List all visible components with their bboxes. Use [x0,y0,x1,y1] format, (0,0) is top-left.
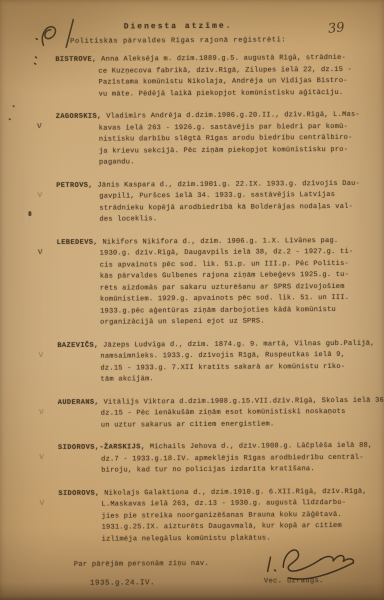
register-entry: vZAGORSKIS, Vladimirs Andrēja d.dzim.190… [56,110,383,170]
person-name: PETROVS, [56,181,93,189]
person-name: SIDOROVS, [58,489,99,497]
entry-text-line: Jāzeps Ludviga d., dzim. 1874.g. 9. mart… [103,339,375,349]
entry-text-line: pagandu. [99,156,382,169]
entry-text-line: organizācijā un slepeni ejot uz SPRS. [100,316,383,329]
entry-text-line: un uztur sakarus ar citiem energistiem. [101,418,384,431]
margin-checkmark: v [38,349,44,360]
register-entry: vAUDERANS, Vitālijs Viktora d.dzim.1908.… [58,395,384,432]
footer-note: Par pārējām personām ziņu nav. [74,560,209,569]
entry-text-line: dz.7 - 1933.g.18.IV. apmeklējis Rīgas ar… [101,452,384,465]
document-subtitle: Politiskās pārvaldes Rīgas rajonā reģist… [38,36,318,46]
register-entry: vBAZEVIČS, Jāzeps Ludviga d., dzim. 1874… [57,338,384,386]
entry-text-line: Vitālijs Viktora d.dzim.1908.g.15.VII.dz… [104,396,384,406]
entry-text-line: komūnistiem. 1929.g. apvainots pēc sod. … [100,293,383,306]
entry-text-line: Anna Aleksēja m. dzim.1889.g.5. augustā … [101,54,346,64]
document-date: 1935.g.24.IV. [90,579,155,587]
person-name: AUDERANS, [58,398,99,406]
entry-text-line: vu māte. Pēdējā laikā piekopjot komūnist… [99,87,382,100]
document-title: Dienesta atzīme. [38,21,318,32]
handwritten-page-number: 39 [327,20,345,37]
margin-checkmark: v [37,189,43,200]
entry-text-line: Nikolajs Galaktiona d., dzim.1910.g. 6.X… [104,487,367,497]
margin-checkmark: v [37,246,43,257]
document-page: 39 Dienesta atzīme. Politiskās pārvaldes… [0,0,384,600]
document-content: 39 Dienesta atzīme. Politiskās pārvaldes… [0,0,384,600]
margin-checkmark: v [38,406,44,417]
entry-text-line: Vladimirs Andrēja d.dzim.1906.g.20.II., … [106,111,360,121]
margin-checkmark: v [36,121,42,132]
entry-text-line: tām akcijām. [101,373,384,386]
registry-entries: BISTROVE, Anna Aleksēja m. dzim.1889.g.5… [55,53,384,557]
ink-speck [13,105,15,107]
ink-speck [9,118,11,120]
register-entry: BISTROVE, Anna Aleksēja m. dzim.1889.g.5… [55,53,382,101]
register-entry: vSIDOROVS,-ŽARSKIJS, Michails Jehova d.,… [58,441,384,478]
person-name: BISTROVE, [55,56,96,64]
entry-text-line: strādnieku kopējā arodbiedrībā kā Bolder… [99,201,382,214]
entry-text-line: 1931.g.25.IX. aizturēts Daugavmalā, kur … [102,521,384,534]
person-name: BAZEVIČS, [57,341,98,349]
margin-checkmark: v [39,497,45,508]
register-entry: vLEBEDEVS, Nikifors Nikifora d., dzim. 1… [57,235,384,329]
signature-handwriting [255,533,363,586]
entry-text-line: Michails Jehova d., dzīv.1908.g. Lāčplēš… [150,442,373,452]
entry-text-line: dz.15 - 1933.g. 7.XII kratīts sakarā ar … [100,361,383,374]
person-name: ZAGORSKIS, [56,113,102,121]
entry-text-line: biroju, kad tur no policijas izdarīta kr… [101,464,384,477]
person-name: LEBEDEVS, [57,238,98,246]
entry-text-line: ja krievu sekcijā. Pēc ziņām piekopjot k… [99,144,382,157]
person-name: SIDOROVS,-ŽARSKIJS, [58,443,145,452]
entry-text-line: des loceklis. [99,213,382,226]
register-entry: vPETROVS, Jānis Kaspara d., dzim.1901.g.… [56,178,383,226]
ink-speck [28,211,31,216]
entry-text-line: dz.15 - Pēc ienākušām ziņām esot komūnis… [101,407,384,420]
entry-text-line: Jānis Kaspara d., dzim.1901.g. 22.IX. 19… [97,179,360,189]
margin-checkmark: v [38,452,44,463]
entry-text-line: Nikifors Nikifora d., dzim. 1906.g. 1.X.… [102,236,338,246]
